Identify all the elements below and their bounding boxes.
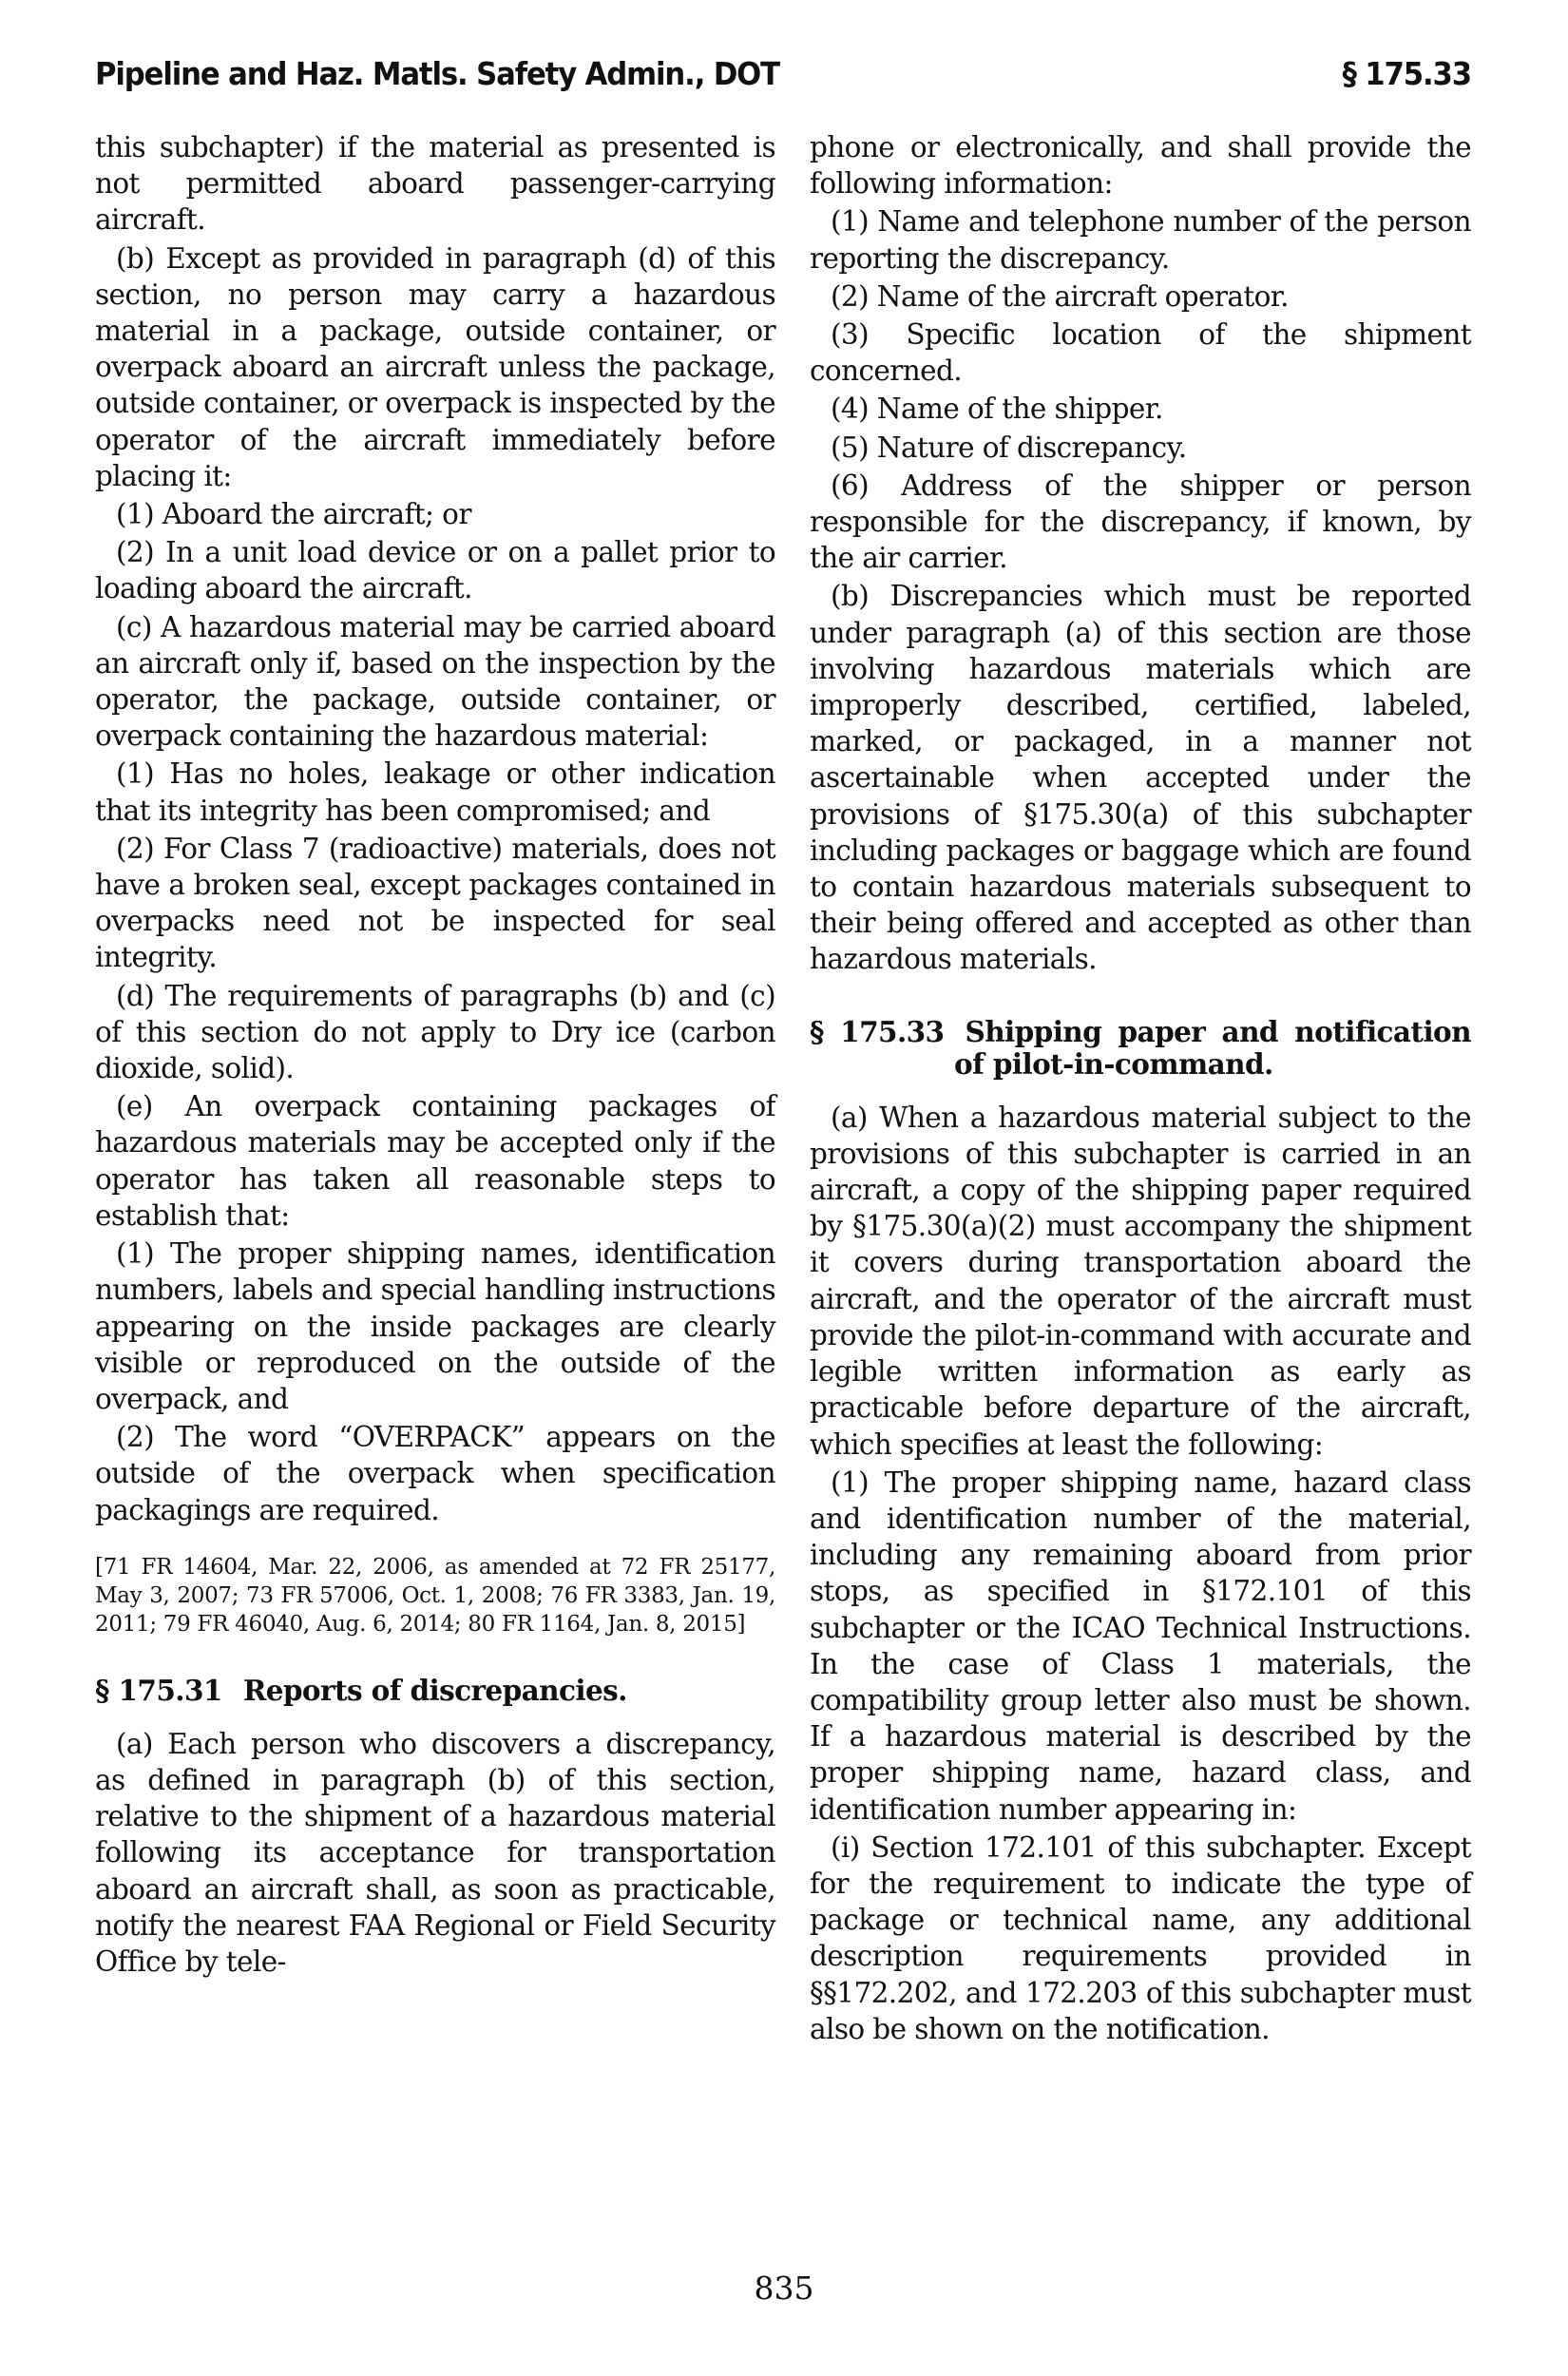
paragraph-b-2: (2) In a unit load device or on a pallet… [95, 534, 775, 606]
section-number: § 175.31 [95, 1674, 222, 1707]
right-column: phone or electronically, and shall provi… [810, 129, 1471, 2049]
section-heading-175-33: § 175.33Shipping paper and notification … [810, 1016, 1471, 1081]
list-item: (6) Address of the shipper or person res… [810, 468, 1471, 577]
section-heading-175-31: § 175.31Reports of discrepancies. [95, 1675, 775, 1707]
running-header: Pipeline and Haz. Matls. Safety Admin., … [95, 55, 1471, 105]
paragraph-c: (c) A hazardous material may be carried … [95, 609, 775, 755]
paragraph-a-1-i: (i) Section 172.101 of this subchapter. … [810, 1830, 1471, 2047]
paragraph-175-31-a: (a) Each person who discovers a discrepa… [95, 1726, 775, 1980]
list-item: (2) Name of the aircraft operator. [810, 278, 1471, 315]
paragraph-e-2: (2) The word “OVERPACK” appears on the o… [95, 1419, 775, 1528]
paragraph-a: (a) When a hazardous material subject to… [810, 1100, 1471, 1463]
page-number: 835 [0, 2270, 1568, 2307]
list-item: (4) Name of the shipper. [810, 391, 1471, 427]
left-column: this subchapter) if the material as pres… [95, 129, 775, 1982]
paragraph-d: (d) The requirements of paragraphs (b) a… [95, 978, 775, 1087]
federal-register-citation: [71 FR 14604, Mar. 22, 2006, as amended … [95, 1553, 775, 1638]
list-item: (5) Nature of discrepancy. [810, 430, 1471, 466]
paragraph-c-2: (2) For Class 7 (radioactive) materials,… [95, 831, 775, 976]
list-item: (1) Name and telephone number of the per… [810, 203, 1471, 276]
paragraph-a-1: (1) The proper shipping name, hazard cla… [810, 1465, 1471, 1828]
paragraph-b-1: (1) Aboard the aircraft; or [95, 496, 775, 532]
paragraph: this subchapter) if the material as pres… [95, 129, 775, 239]
section-reference: § 175.33 [1342, 55, 1471, 92]
paragraph-c-1: (1) Has no holes, leakage or other indic… [95, 756, 775, 828]
section-title: Shipping paper and notification of pilot… [954, 1015, 1471, 1081]
paragraph-e: (e) An overpack containing packages of h… [95, 1088, 775, 1234]
agency-title: Pipeline and Haz. Matls. Safety Admin., … [95, 55, 779, 92]
list-item: (3) Specific location of the shipment co… [810, 316, 1471, 389]
paragraph-b: (b) Discrepancies which must be reported… [810, 578, 1471, 977]
section-number: § 175.33 [810, 1015, 944, 1048]
paragraph-e-1: (1) The proper shipping names, identific… [95, 1236, 775, 1417]
paragraph: phone or electronically, and shall provi… [810, 129, 1471, 201]
paragraph-b: (b) Except as provided in paragraph (d) … [95, 240, 775, 494]
section-title: Reports of discrepancies. [243, 1674, 627, 1707]
